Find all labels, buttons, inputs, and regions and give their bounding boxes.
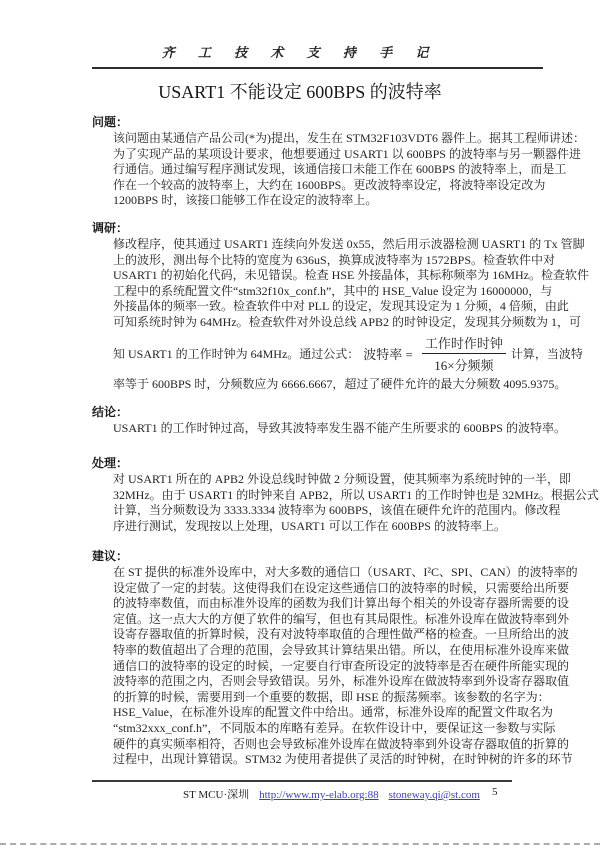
section-heading-research: 调研： <box>92 220 560 237</box>
text-line: 定值。这一点大大的方便了软件的编写，但也有其局限性。标准外设库在做波特率到外 <box>113 612 560 628</box>
text-line: 为了实现产品的某项设计要求，他想要通过 USART1 以 600BPS 的波特率… <box>113 147 560 163</box>
page-title: USART1 不能设定 600BPS 的波特率 <box>0 81 600 103</box>
text-line: 作在一个较高的波特率上，大约在 1600BPS。更改波特率设定，将波特率设定改为 <box>113 178 560 194</box>
text-line: 序进行测试，发现按以上处理，USART1 可以工作在 600BPS 的波特率上。 <box>113 519 560 535</box>
text-line: 外接晶体的频率一致。检查软件中对 PLL 的设定，发现其设定为 1 分频，4 倍… <box>113 299 560 315</box>
text-line: 32MHz。由于 USART1 的时钟来自 APB2，所以 USART1 的工作… <box>113 488 560 504</box>
page-number: 5 <box>492 786 498 798</box>
text-line: 在 ST 提供的标准外设库中，对大多数的通信口（USART、I²C、SPI、CA… <box>113 565 560 581</box>
section-body-problem: 该问题由某通信产品公司(*为)提出，发生在 STM32F103VDT6 器件上。… <box>113 131 560 209</box>
formula-denominator: 16×分频频 <box>422 354 506 374</box>
section-heading-suggestion: 建议： <box>92 548 560 565</box>
text-line: 率等于 600BPS 时，分频数应为 6666.6667，超过了硬件允许的最大分… <box>113 377 560 393</box>
formula-line: 知 USART1 的工作时钟为 64MHz。通过公式： 波特率 = 工作时作时钟… <box>113 331 560 377</box>
section-body-suggestion: 在 ST 提供的标准外设库中，对大多数的通信口（USART、I²C、SPI、CA… <box>113 565 560 768</box>
document-page: 齐 工 技 术 支 持 手 记 USART1 不能设定 600BPS 的波特率 … <box>0 0 600 851</box>
text-line: 1200BPS 时，该接口能够工作在设定的波特率上。 <box>113 193 560 209</box>
text-line: 上的波形，测出每个比特的宽度为 636uS，换算成波特率为 1572BPS。检查… <box>113 253 560 269</box>
footer-email-link[interactable]: stoneway.qi@st.com <box>389 789 480 801</box>
text-line: 过程中，出现计算错误。STM32 为使用者提供了灵活的时钟树，在时钟树的许多的环… <box>113 752 560 768</box>
section-body-research-before: 修改程序，使其通过 USART1 连续向外发送 0x55，然后用示波器检测 UA… <box>113 237 560 331</box>
notebook-header: 齐 工 技 术 支 持 手 记 <box>0 42 600 61</box>
text-line: 通信口的波特率的设定的时候，一定要自行审查所设定的波特率是否在硬件所能实现的 <box>113 659 560 675</box>
text-line: 修改程序，使其通过 USART1 连续向外发送 0x55，然后用示波器检测 UA… <box>113 237 560 253</box>
text-line: 计算，当分频数设为 3333.3334 波特率为 600BPS，该值在硬件允许的… <box>113 503 560 519</box>
page-footer: ST MCU·深圳 http://www.my-elab.org:88 ston… <box>183 786 480 802</box>
formula-before-text: 知 USART1 的工作时钟为 64MHz。通过公式： <box>113 345 359 362</box>
text-line: 设寄存器取值的折算时候，没有对波特率取值的合理性做严格的检查。一旦所给出的波 <box>113 627 560 643</box>
section-research: 调研： 修改程序，使其通过 USART1 连续向外发送 0x55，然后用示波器检… <box>92 220 560 392</box>
text-line: 硬件的真实频率相符，否则也会导致标准外设库在做波特率到外设寄存器取值的折算的 <box>113 737 560 753</box>
section-heading-problem: 问题： <box>92 114 560 131</box>
text-line: USART1 的初始化代码，未见错误。检查 HSE 外接晶体，其标称频率为 16… <box>113 268 560 284</box>
text-line: HSE_Value，在标准外设库的配置文件中给出。通常，标准外设库的配置文件取名… <box>113 705 560 721</box>
section-problem: 问题： 该问题由某通信产品公司(*为)提出，发生在 STM32F103VDT6 … <box>92 114 560 209</box>
text-line: 对 USART1 所在的 APB2 外设总线时钟做 2 分频设置，使其频率为系统… <box>113 472 560 488</box>
text-line: 特率的数值超出了合理的范围，会导致其计算结果出错。所以，在使用标准外设库来做 <box>113 643 560 659</box>
section-heading-handling: 处理： <box>92 455 560 472</box>
text-line: 波特率的范围之内，否则会导致错误。另外，标准外设库在做波特率到外设寄存器取值 <box>113 674 560 690</box>
text-line: 可知系统时钟为 64MHz。检查软件对外设总线 APB2 的时钟设定，发现其分频… <box>113 315 560 331</box>
footer-org-label: ST MCU·深圳 <box>183 786 249 802</box>
formula-lhs: 波特率 = <box>363 344 413 363</box>
baud-rate-fraction: 工作时作时钟 16×分频频 <box>422 333 506 374</box>
formula-numerator: 工作时作时钟 <box>422 333 506 354</box>
section-suggestion: 建议： 在 ST 提供的标准外设库中，对大多数的通信口（USART、I²C、SP… <box>92 548 560 768</box>
section-body-conclusion: USART1 的工作时钟过高，导致其波特率发生器不能产生所要求的 600BPS … <box>113 421 560 437</box>
text-line: 的折算的时候，需要用到一个重要的数据，即 HSE 的振荡频率。该参数的名字为： <box>113 690 560 706</box>
formula-after-text: 计算，当波特 <box>511 345 583 362</box>
text-line: “stm32xxx_conf.h”，不同版本的库略有差异。在软件设计中，要保证这… <box>113 721 560 737</box>
text-line: USART1 的工作时钟过高，导致其波特率发生器不能产生所要求的 600BPS … <box>113 421 560 437</box>
footer-rule <box>92 780 512 782</box>
text-line: 工程中的系统配置文件“stm32f10x_conf.h”，其中的 HSE_Val… <box>113 284 560 300</box>
section-heading-conclusion: 结论： <box>92 404 560 421</box>
text-line: 设定做了一定的封装。这使得我们在设定这些通信口的波特率的时候，只需要给出所要 <box>113 581 560 597</box>
header-rule <box>92 67 543 69</box>
text-line: 行通信。通过编写程序测试发现，该通信接口未能工作在 600BPS 的波特率上，而… <box>113 162 560 178</box>
section-handling: 处理： 对 USART1 所在的 APB2 外设总线时钟做 2 分频设置，使其频… <box>92 455 560 534</box>
footer-url-link[interactable]: http://www.my-elab.org:88 <box>259 789 378 801</box>
section-conclusion: 结论： USART1 的工作时钟过高，导致其波特率发生器不能产生所要求的 600… <box>92 404 560 437</box>
page-edge-line <box>0 843 600 845</box>
text-line: 该问题由某通信产品公司(*为)提出，发生在 STM32F103VDT6 器件上。… <box>113 131 560 147</box>
section-body-research-after: 率等于 600BPS 时，分频数应为 6666.6667，超过了硬件允许的最大分… <box>113 377 560 393</box>
text-line: 的波特率数值，而由标准外设库的函数为我们计算出每个相关的外设寄存器所需要的设 <box>113 596 560 612</box>
section-body-handling: 对 USART1 所在的 APB2 外设总线时钟做 2 分频设置，使其频率为系统… <box>113 472 560 534</box>
